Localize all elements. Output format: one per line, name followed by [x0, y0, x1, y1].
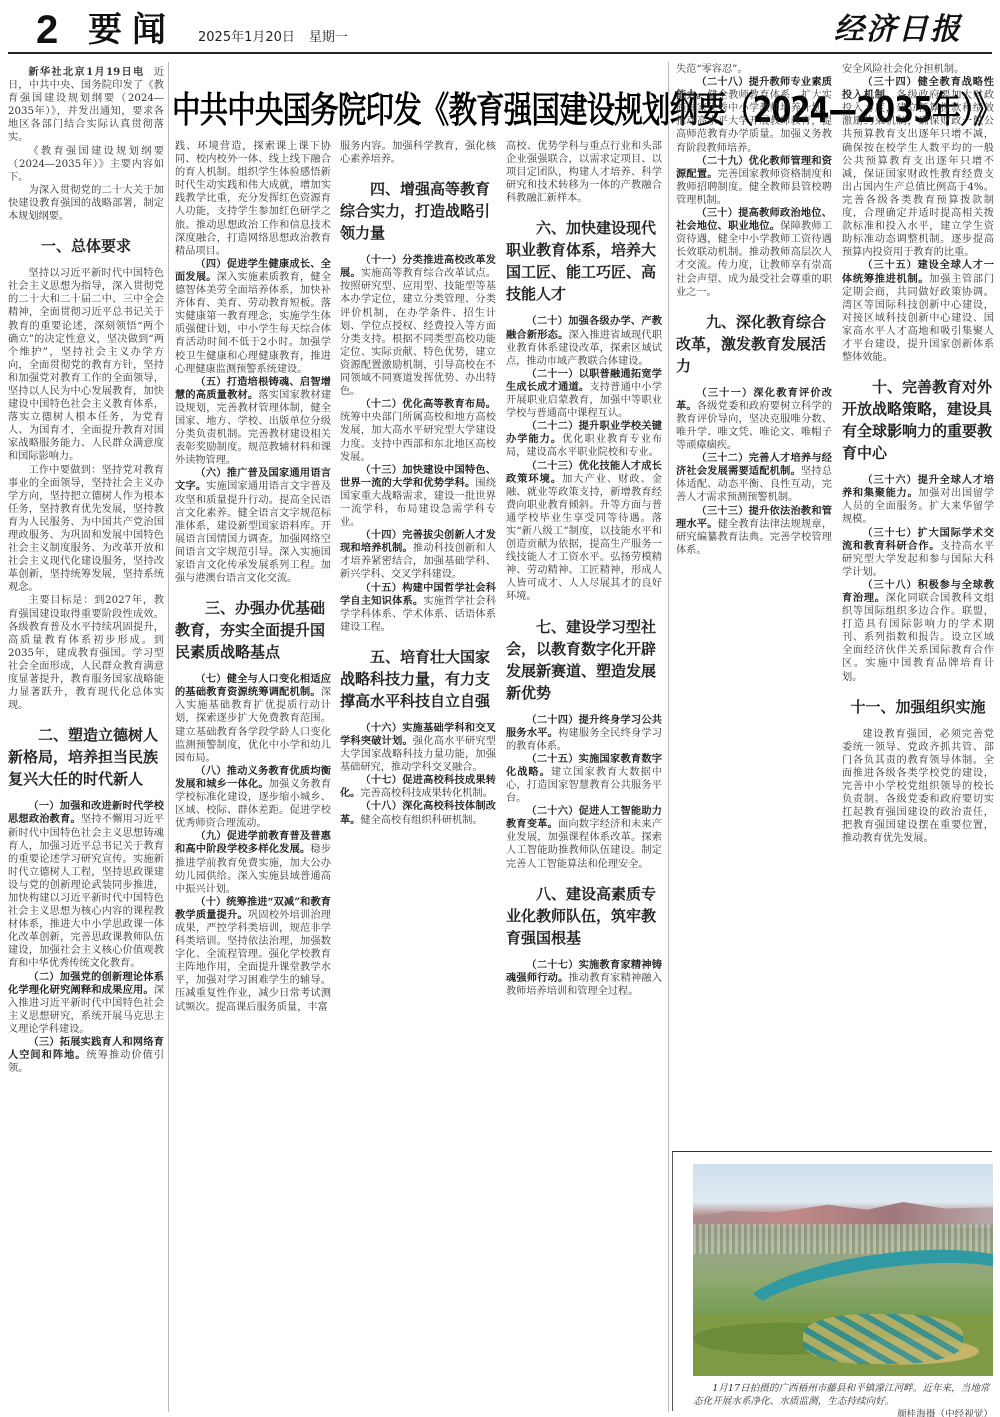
article-column-2: 践、环境营造，探索课上课下协同、校内校外一体、线上线下融合的育人机制。组织学生体…	[175, 140, 331, 1411]
paragraph: （三）拓展实践育人和网络育人空间和阵地。统筹推动价值引领。	[8, 1036, 164, 1075]
paragraph: （二十三）优化技能人才成长政策环境。加大产业、财政、金融、就业等政策支持，新增教…	[506, 460, 662, 604]
paragraph: （二十九）优化教师管理和资源配置。完善国家教师资格制度和教师招聘制度。健全教师县…	[676, 155, 832, 207]
paragraph: （二十五）实施国家教育数字化战略。建立国家教育大数据中心，打造国家智慧教育公共服…	[506, 753, 662, 805]
section-heading: 一、总体要求	[8, 235, 164, 257]
paragraph: 服务内容。加强科学教育，强化核心素养培养。	[340, 140, 496, 166]
section-heading: 四、增强高等教育综合实力，打造战略引领力量	[340, 178, 496, 244]
paragraph: （一）加强和改进新时代学校思想政治教育。坚持不懈用习近平新时代中国特色社会主义思…	[8, 800, 164, 970]
paragraph: 工作中要做到：坚持党对教育事业的全面领导，坚持社会主义办学方向，坚持把立德树人作…	[8, 464, 164, 595]
paragraph: （七）健全与人口变化相适应的基础教育资源统筹调配机制。深入实施基础教育扩优提质行…	[175, 673, 331, 765]
caption-text: 1月17日拍摄的广西梧州市藤县和平镇濛江河畔。近年来，当地常态化开展水系净化、水…	[693, 1383, 990, 1407]
paragraph: （二十四）提升终身学习公共服务水平。构建服务全民终身学习的教育体系。	[506, 714, 662, 753]
article-column-5: 失范“零容忍”。 （二十八）提升教师专业素质能力。健全教师教育体系，扩大实施国家…	[676, 63, 832, 1141]
paragraph: 坚持以习近平新时代中国特色社会主义思想为指导，深入贯彻党的二十大和二十届二中、三…	[8, 267, 164, 463]
photo-figure: 1月17日拍摄的广西梧州市藤县和平镇濛江河畔。近年来，当地常态化开展水系净化、水…	[672, 1151, 992, 1411]
paragraph: （二）加强党的创新理论体系化学理化研究阐释和成果应用。深入推进习近平新时代中国特…	[8, 971, 164, 1036]
paragraph: （二十）加强各级办学、产教融合新形态。深入推进省域现代职业教育体系建设改革，探索…	[506, 315, 662, 367]
paragraph: （十一）分类推进高校改革发展。实施高等教育综合改革试点。按照研究型、应用型、技能…	[340, 254, 496, 398]
dateline-lead: 新华社北京1月19日电	[28, 66, 144, 78]
paragraph: （二十七）实施教育家精神铸魂强师行动。推动教育家精神融入教师培养培训和管理全过程…	[506, 959, 662, 998]
river-landscape-photo	[693, 1164, 993, 1376]
photo-wetland	[803, 1314, 963, 1364]
date-text: 2025年1月20日	[198, 30, 295, 45]
section-heading: 十一、加强组织实施	[842, 696, 994, 718]
issue-date: 2025年1月20日星期一	[198, 30, 348, 46]
paragraph: （十二）优化高等教育布局。统筹中央部门所属高校和地方高校发展，加大高水平研究型大…	[340, 398, 496, 463]
photo-caption: 1月17日拍摄的广西梧州市藤县和平镇濛江河畔。近年来，当地常态化开展水系净化、水…	[693, 1382, 993, 1417]
masthead: 2 要闻 2025年1月20日星期一 经济日报	[0, 0, 1000, 56]
paragraph: （十七）促进高校科技成果转化。完善高校科技成果转化机制。	[340, 774, 496, 800]
column-divider	[668, 62, 669, 1412]
section-heading: 六、加快建设现代职业教育体系，培养大国工匠、能工巧匠、高技能人才	[506, 217, 662, 305]
paragraph: （十三）加快建设中国特色、世界一流的大学和优势学科。围绕国家重大战略需求，建设一…	[340, 464, 496, 529]
masthead-rule	[8, 52, 992, 54]
paragraph: （二十八）提升教师专业素质能力。健全教师教育体系，扩大实施国家优秀中小学教师培养…	[676, 76, 832, 155]
paragraph: （三十）提高教师政治地位、社会地位、职业地位。保障教师工资待遇，健全中小学教师工…	[676, 207, 832, 299]
paragraph: 安全风险社会化分担机制。	[842, 63, 994, 76]
paragraph: 主要目标是：到2027年，教育强国建设取得重要阶段性成效。各级教育普及水平持续巩…	[8, 594, 164, 712]
paragraph: 为深入贯彻党的二十大关于加快建设教育强国的战略部署，制定本规划纲要。	[8, 184, 164, 223]
article-column-4: 高校、优势学科与重点行业和头部企业强强联合，以需求定项目、以项目定团队，构建人才…	[506, 140, 662, 1411]
section-heading: 八、建设高素质专业化教师队伍，筑牢教育强国根基	[506, 883, 662, 949]
paragraph: （十五）构建中国哲学社会科学自主知识体系。实施哲学社会科学学科体系、学术体系、话…	[340, 582, 496, 634]
paragraph: （八）推动义务教育优质均衡发展和城乡一体化。加强义务教育学校标准化建设，逐步缩小…	[175, 765, 331, 830]
paragraph: （三十四）健全教育战略性投入机制。各级政府要加大财政投入力度，建立预算拨款和绩效…	[842, 76, 994, 259]
paragraph: 建设教育强国，必须完善党委统一领导、党政齐抓共管、部门各负其责的教育领导体制。全…	[842, 728, 994, 846]
paragraph: （五）打造培根铸魂、启智增慧的高质量教材。落实国家教材建设规划，完善教材管理体制…	[175, 376, 331, 468]
paragraph: （二十一）以职普融通拓宽学生成长成才通道。支持普通中小学开展职业启蒙教育，加强中…	[506, 368, 662, 420]
newspaper-logo: 经济日报	[834, 10, 962, 50]
section-heading: 十、完善教育对外开放战略策略，建设具有全球影响力的重要教育中心	[842, 376, 994, 464]
paragraph: 《教育强国建设规划纲要（2024—2035年）》主要内容如下。	[8, 145, 164, 184]
photo-credit: 颜桂海摄（中经视觉）	[878, 1408, 993, 1417]
paragraph: （三十六）提升全球人才培养和集聚能力。加强对出国留学人员的全面服务。扩大来华留学…	[842, 474, 994, 526]
section-name: 要闻	[88, 10, 176, 50]
paragraph: （六）推广普及国家通用语言文字。实施国家通用语言文字普及攻坚和质量提升行动。提高…	[175, 467, 331, 585]
section-heading: 五、培育壮大国家战略科技力量，有力支撑高水平科技自立自强	[340, 646, 496, 712]
article-column-1: 新华社北京1月19日电 近日，中共中央、国务院印发了《教育强国建设规划纲要（20…	[8, 66, 164, 1411]
section-heading: 二、塑造立德树人新格局，培养担当民族复兴大任的时代新人	[8, 724, 164, 790]
article-column-6: 安全风险社会化分担机制。 （三十四）健全教育战略性投入机制。各级政府要加大财政投…	[842, 63, 994, 1141]
paragraph: （三十七）扩大国际学术交流和教育科研合作。支持高水平研究型大学发起和参与国际大科…	[842, 527, 994, 579]
article-column-3: 服务内容。加强科学教育，强化核心素养培养。 四、增强高等教育综合实力，打造战略引…	[340, 140, 496, 1411]
paragraph: 高校、优势学科与重点行业和头部企业强强联合，以需求定项目、以项目定团队，构建人才…	[506, 140, 662, 205]
section-heading: 三、办强办优基础教育，夯实全面提升国民素质战略基点	[175, 597, 331, 663]
weekday-text: 星期一	[309, 30, 348, 45]
paragraph: （三十五）建设全球人才一体统筹推进机制。加强主管部门定期会商，共同做好政策协调。…	[842, 259, 994, 364]
paragraph: （十六）实施基础学科和交叉学科突破计划。强化高水平研究型大学国家战略科技力量功能…	[340, 722, 496, 774]
paragraph: （十）统筹推进“双减”和教育教学质量提升。巩固校外培训治理成果，严控学科类培训，…	[175, 896, 331, 1014]
paragraph: （三十八）积极参与全球教育治理。深化同联合国教科文组织等国际组织多边合作。联盟，…	[842, 579, 994, 684]
paragraph: （二十二）提升职业学校关键办学能力。优化职业教育专业布局，建设高水平职业院校和专…	[506, 420, 662, 459]
paragraph: （九）促进学前教育普及普惠和高中阶段学校多样化发展。稳步推进学前教育免费实施，加…	[175, 830, 331, 895]
paragraph: 践、环境营造，探索课上课下协同、校内校外一体、线上线下融合的育人机制。组织学生体…	[175, 140, 331, 258]
paragraph: （三十一）深化教育评价改革。各级党委和政府要树立科学的教育评价导向，坚决克服唯分…	[676, 387, 832, 452]
paragraph: 失范“零容忍”。	[676, 63, 832, 76]
page-number: 2	[36, 8, 58, 52]
paragraph: （二十六）促进人工智能助力教育变革。面向数字经济和未来产业发展，加强课程体系改革…	[506, 805, 662, 870]
section-heading: 七、建设学习型社会，以教育数字化开辟发展新赛道、塑造发展新优势	[506, 616, 662, 704]
paragraph: （四）促进学生健康成长、全面发展。深入实施素质教育，健全德智体美劳全面培养体系，…	[175, 258, 331, 376]
paragraph: 新华社北京1月19日电 近日，中共中央、国务院印发了《教育强国建设规划纲要（20…	[8, 66, 164, 145]
paragraph: （十八）深化高校科技体制改革。健全高校有组织科研机制。	[340, 800, 496, 826]
paragraph: （三十三）提升依法治教和管理水平。健全教育法律法规规章，研究编纂教育法典。完善学…	[676, 505, 832, 557]
headline: 中共中央国务院印发《教育强国建设规划纲要（2024—2035年）》	[172, 86, 693, 136]
paragraph: （三十二）完善人才培养与经济社会发展需要适配机制。坚持总体适配、动态平衡、良性互…	[676, 452, 832, 504]
section-heading: 九、深化教育综合改革，激发教育发展活力	[676, 311, 832, 377]
column-divider	[168, 62, 169, 1412]
paragraph: （十四）完善拔尖创新人才发现和培养机制。推动科技创新和人才培养紧密结合，加强基础…	[340, 529, 496, 581]
